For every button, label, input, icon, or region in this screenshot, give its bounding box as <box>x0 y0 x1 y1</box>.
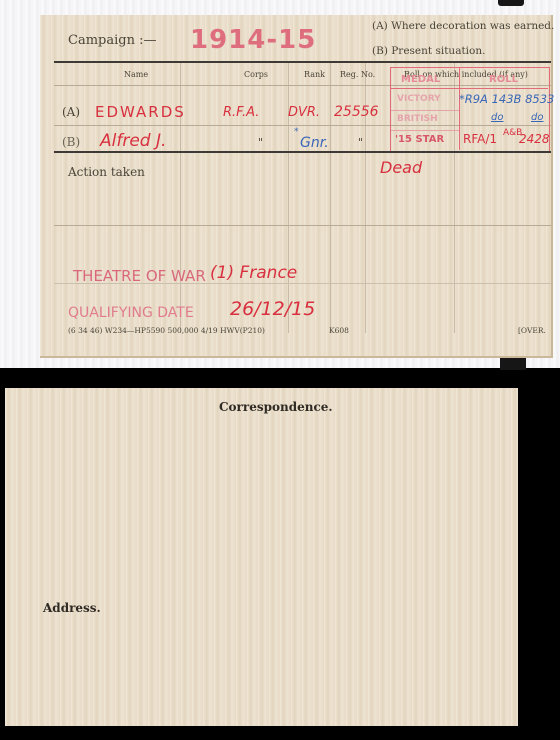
star-roll-number: 2428 <box>519 132 550 146</box>
corps-value: R.F.A. <box>223 105 259 120</box>
victory-roll-ref: *R9A 143B 8533 <box>459 92 554 106</box>
medal-roll-stamp: MEDAL ROLL VICTORY BRITISH '15 STAR *R9A… <box>390 67 550 152</box>
legend-a: (A) Where decoration was earned. <box>372 20 554 32</box>
forename: Alfred J. <box>100 131 166 151</box>
header-divider <box>54 61 551 63</box>
medal-card-front: Campaign :— 1914-15 (A) Where decoration… <box>40 15 553 358</box>
theatre-of-war-value: (1) France <box>210 263 297 283</box>
scan-clip-middle <box>500 358 526 370</box>
campaign-stamp: 1914-15 <box>190 25 316 55</box>
scan-clip-top <box>498 0 524 6</box>
over-label: [OVER. <box>518 326 546 335</box>
column-header-reg-no: Reg. No. <box>340 70 375 79</box>
correspondence-label: Correspondence. <box>219 400 333 414</box>
section-rule <box>54 225 551 226</box>
rule-vertical <box>288 63 289 333</box>
action-taken-value: Dead <box>380 158 422 177</box>
stamp-victory: VICTORY <box>397 94 441 104</box>
column-header-rank: Rank <box>304 70 325 79</box>
medal-card-back: Correspondence. Address. <box>5 388 518 726</box>
rank-value: DVR. <box>288 105 320 120</box>
address-label: Address. <box>43 601 101 615</box>
british-roll-ref-2: do <box>531 112 543 123</box>
stamp-star: '15 STAR <box>395 134 444 145</box>
column-header-name: Name <box>124 70 148 79</box>
surname: EDWARDS <box>95 103 186 121</box>
reg-no-value: 25556 <box>334 104 379 120</box>
rows-divider <box>54 151 551 153</box>
qualifying-date-value: 26/12/15 <box>230 298 315 320</box>
form-number: K608 <box>329 326 349 335</box>
rule-vertical <box>330 63 331 333</box>
campaign-label: Campaign :— <box>68 33 156 48</box>
corps-ditto: " <box>258 136 263 149</box>
stamp-british: BRITISH <box>397 114 438 124</box>
stamp-roll: ROLL <box>489 74 518 85</box>
british-roll-ref: do <box>491 112 503 123</box>
action-taken-label: Action taken <box>68 165 145 179</box>
column-header-corps: Corps <box>244 70 268 79</box>
row-a-marker: (A) <box>62 105 80 119</box>
star-roll-ref: RFA/1 <box>463 132 497 146</box>
qualifying-date-stamp: QUALIFYING DATE <box>68 305 194 321</box>
reg-no-ditto: " <box>358 136 363 149</box>
rank-asterisk: * <box>294 127 299 137</box>
row-b-marker: (B) <box>62 135 80 149</box>
theatre-of-war-stamp: THEATRE OF WAR <box>73 267 206 285</box>
rank-b-value: Gnr. <box>300 135 329 151</box>
form-print-codes: (6 34 46) W234—HP5590 500,000 4/19 HWV(P… <box>68 326 265 335</box>
legend-b: (B) Present situation. <box>372 45 485 57</box>
stamp-medal: MEDAL <box>401 74 440 85</box>
